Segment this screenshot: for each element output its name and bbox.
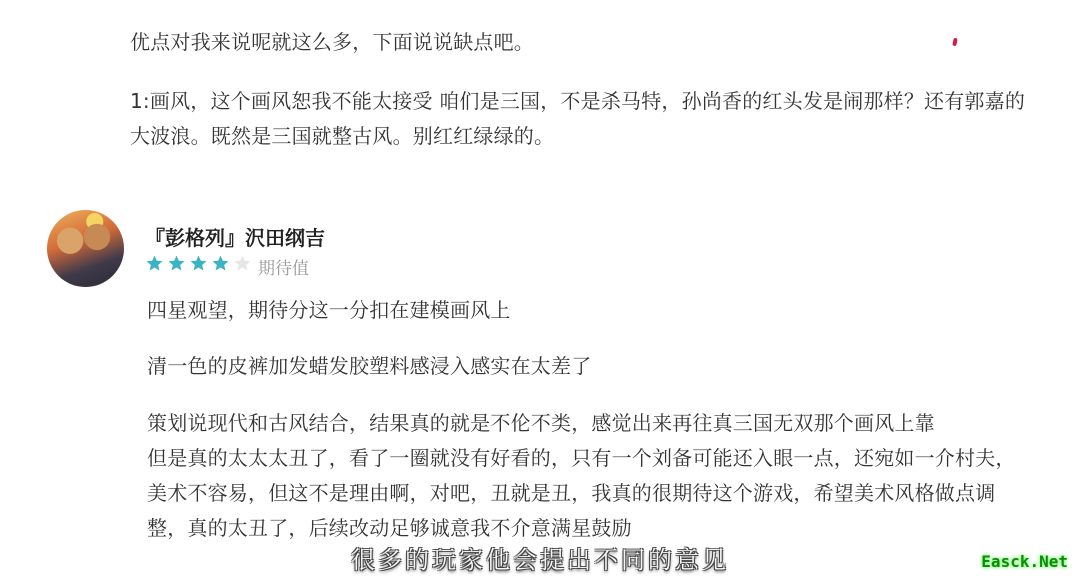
cursor-marker [952,38,958,47]
review-paragraph: 清一色的皮裤加发蜡发胶塑料感浸入感实在太差了 [147,349,591,384]
star-rating [145,254,252,273]
star-filled-icon [145,254,164,273]
star-filled-icon [211,254,230,273]
star-empty-icon [233,254,252,273]
rating-label: 期待值 [258,254,309,279]
review-paragraph: 策划说现代和古风结合，结果真的就是不伦不类，感觉出来再往真三国无双那个画风上靠 … [147,406,1027,546]
previous-review-paragraph: 优点对我来说呢就这么多，下面说说缺点吧。 [130,25,534,60]
previous-review-paragraph: 1:画风，这个画风恕我不能太接受 咱们是三国，不是杀马特，孙尚香的红头发是闹那样… [130,84,1030,154]
user-name[interactable]: 『彭格列』沢田纲吉 [145,222,325,251]
star-filled-icon [189,254,208,273]
star-filled-icon [167,254,186,273]
review-paragraph: 四星观望，期待分这一分扣在建模画风上 [147,293,511,328]
video-subtitle: 很多的玩家他会提出不同的意见 [0,540,1080,575]
watermark: Easck.Net [977,550,1072,573]
avatar[interactable] [47,210,124,287]
